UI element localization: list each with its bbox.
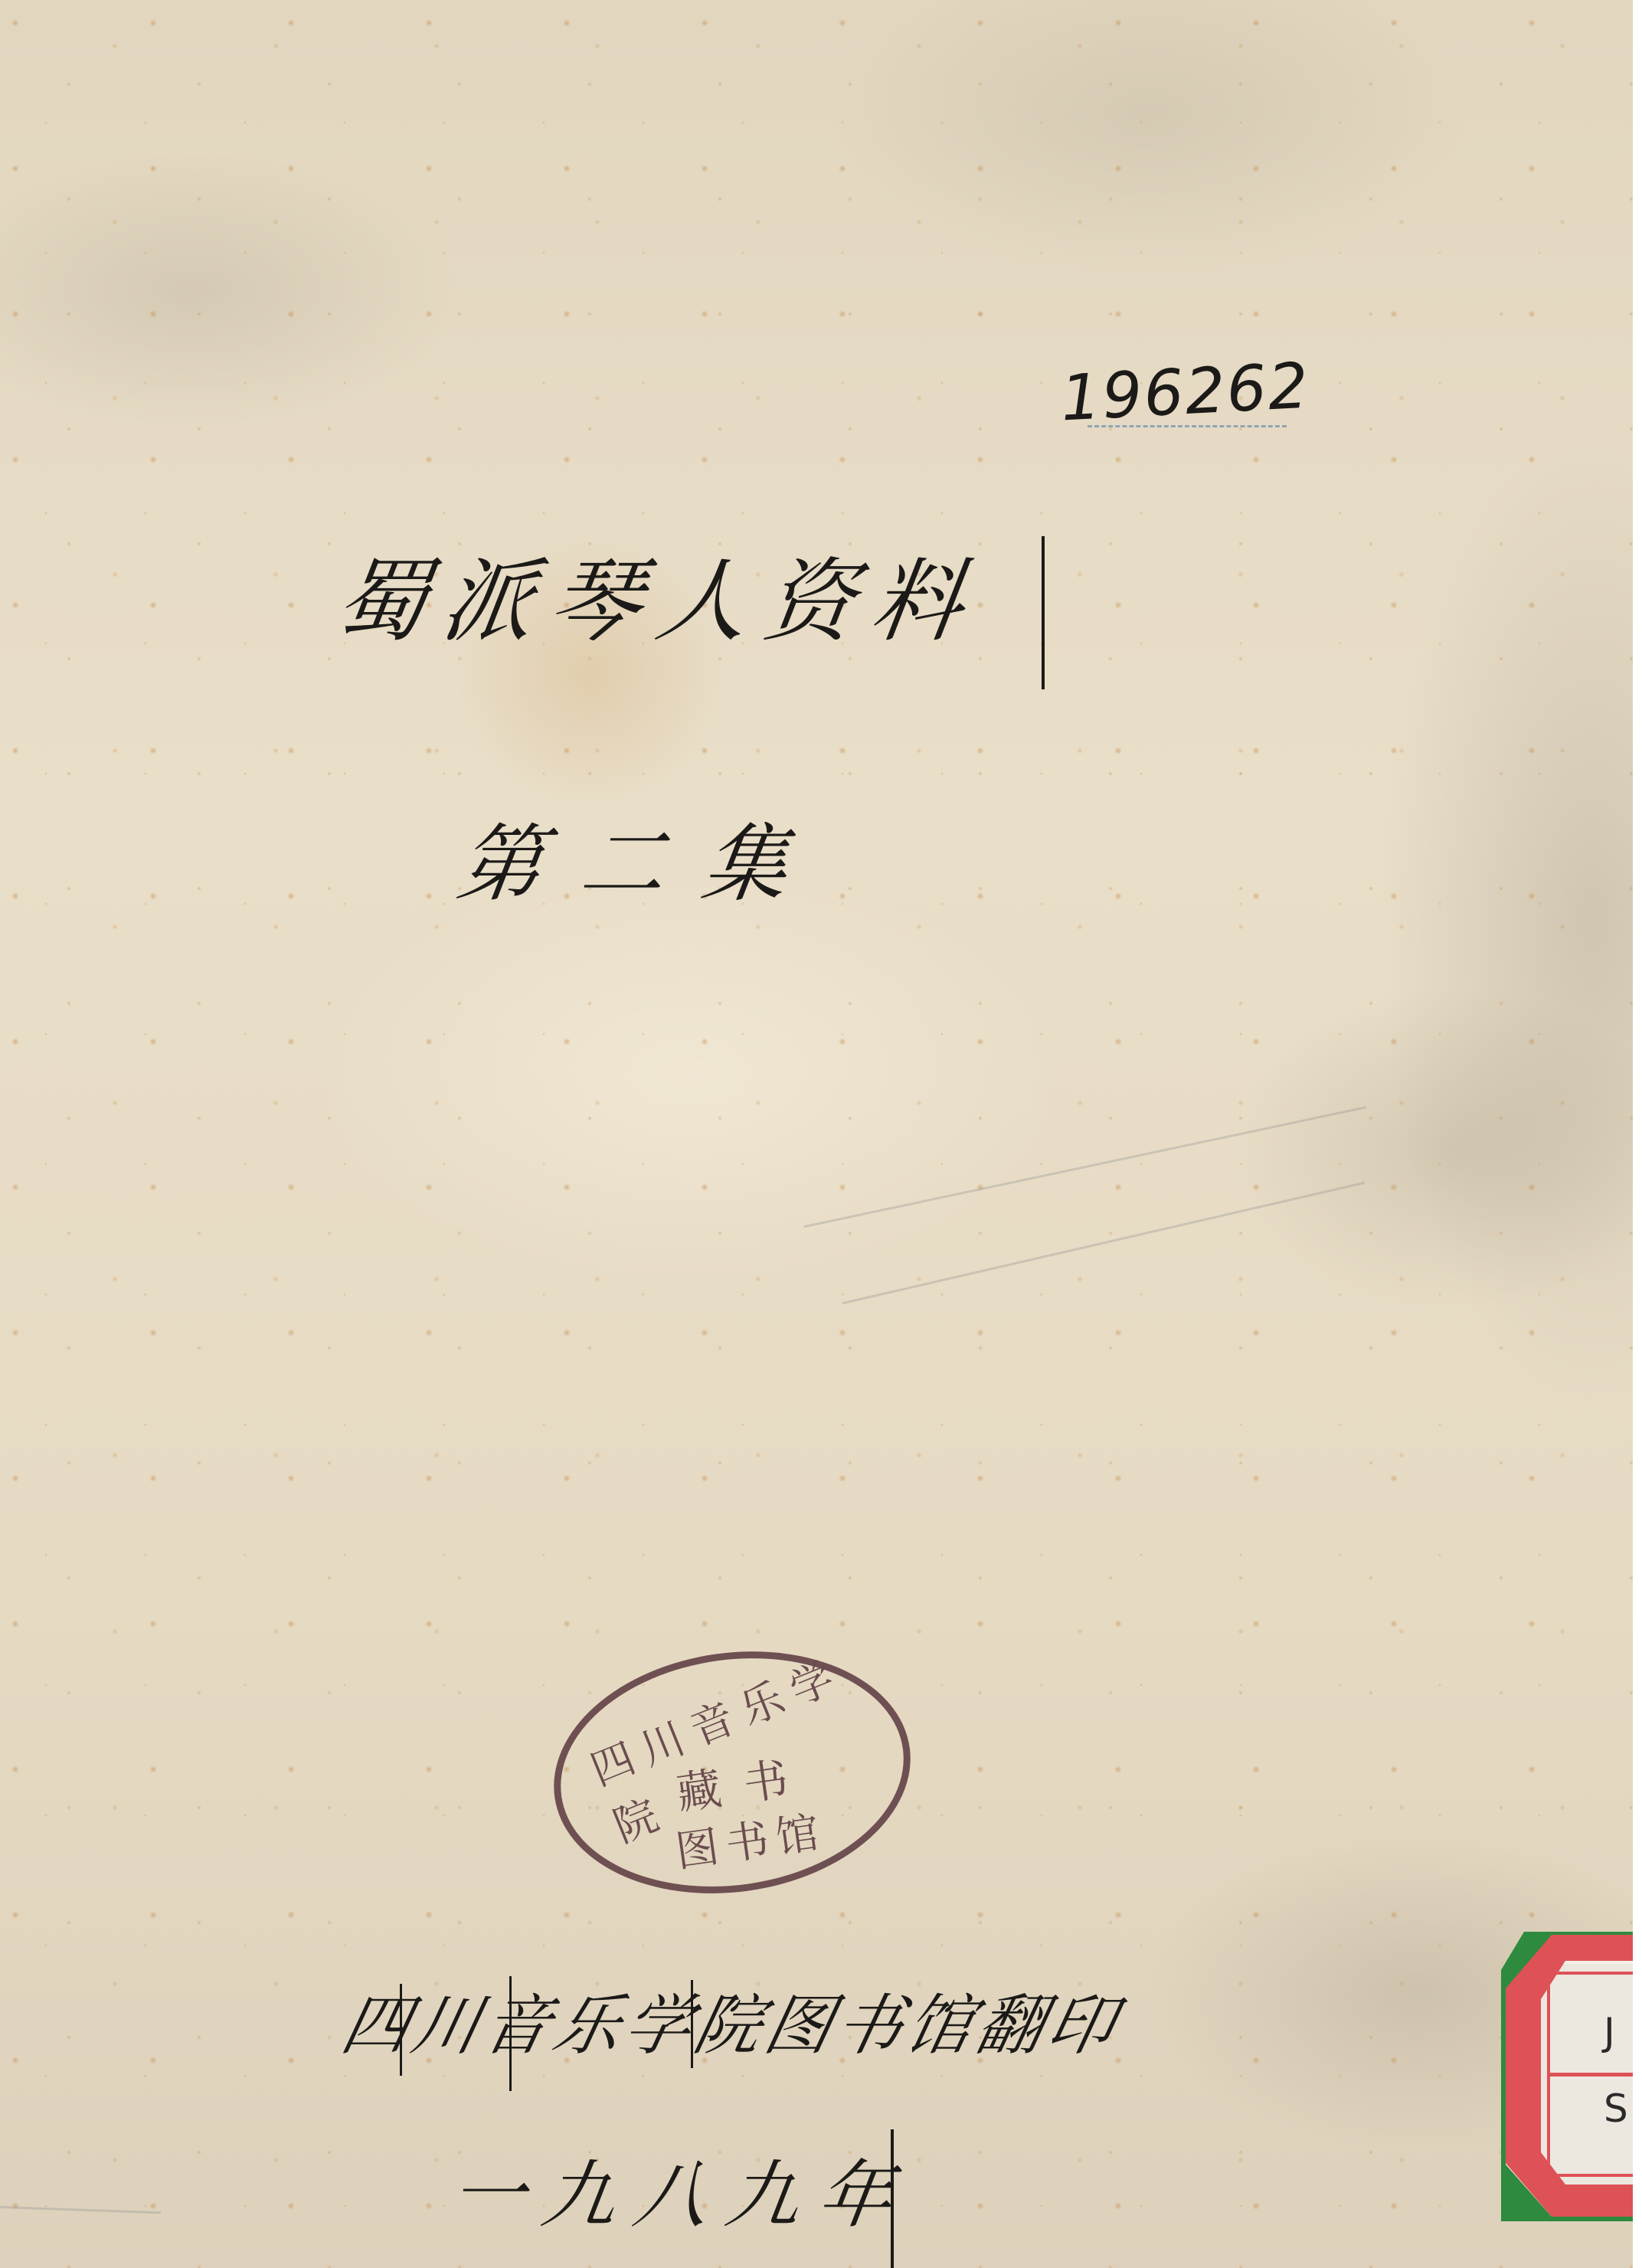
call-number-class: J (1604, 2010, 1615, 2054)
publisher-stroke (691, 1980, 693, 2068)
label-corner (1506, 2163, 1552, 2217)
publisher-stroke (400, 1984, 402, 2076)
title-trailing-stroke (1042, 536, 1045, 689)
call-number-author: S (1604, 2086, 1628, 2131)
publisher-line: 四川音乐学院图书馆翻印 (335, 1972, 1130, 2067)
publication-year: 一九八九年 (444, 2137, 918, 2242)
publisher-stroke (509, 1976, 512, 2091)
call-number-label: J S (1501, 1932, 1633, 2221)
label-divider (1550, 2073, 1633, 2077)
volume-label: 第二集 (451, 797, 836, 918)
foxing-texture (0, 0, 1633, 2268)
label-border: J S (1506, 1935, 1633, 2217)
year-trailing-stroke (891, 2129, 894, 2268)
document-title: 蜀派琴人资料 (328, 529, 989, 659)
catalog-number: 196262 (1059, 350, 1312, 436)
catalog-number-underline (1088, 425, 1287, 427)
label-field: J S (1541, 1961, 1633, 2185)
document-page: 196262 蜀派琴人资料 第二集 四川音乐学院 藏书 图书馆 四川音乐学院图书… (0, 0, 1633, 2268)
